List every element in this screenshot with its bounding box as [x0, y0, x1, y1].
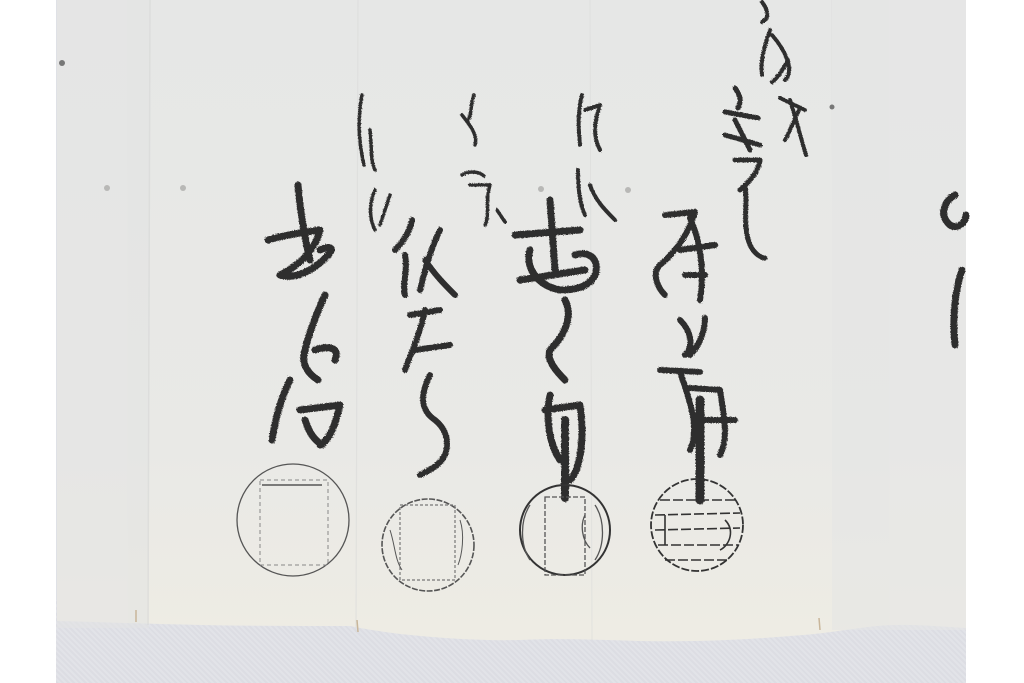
document-artwork	[0, 0, 1024, 683]
document-photo	[0, 0, 1024, 683]
paper-sheet	[57, 0, 966, 641]
